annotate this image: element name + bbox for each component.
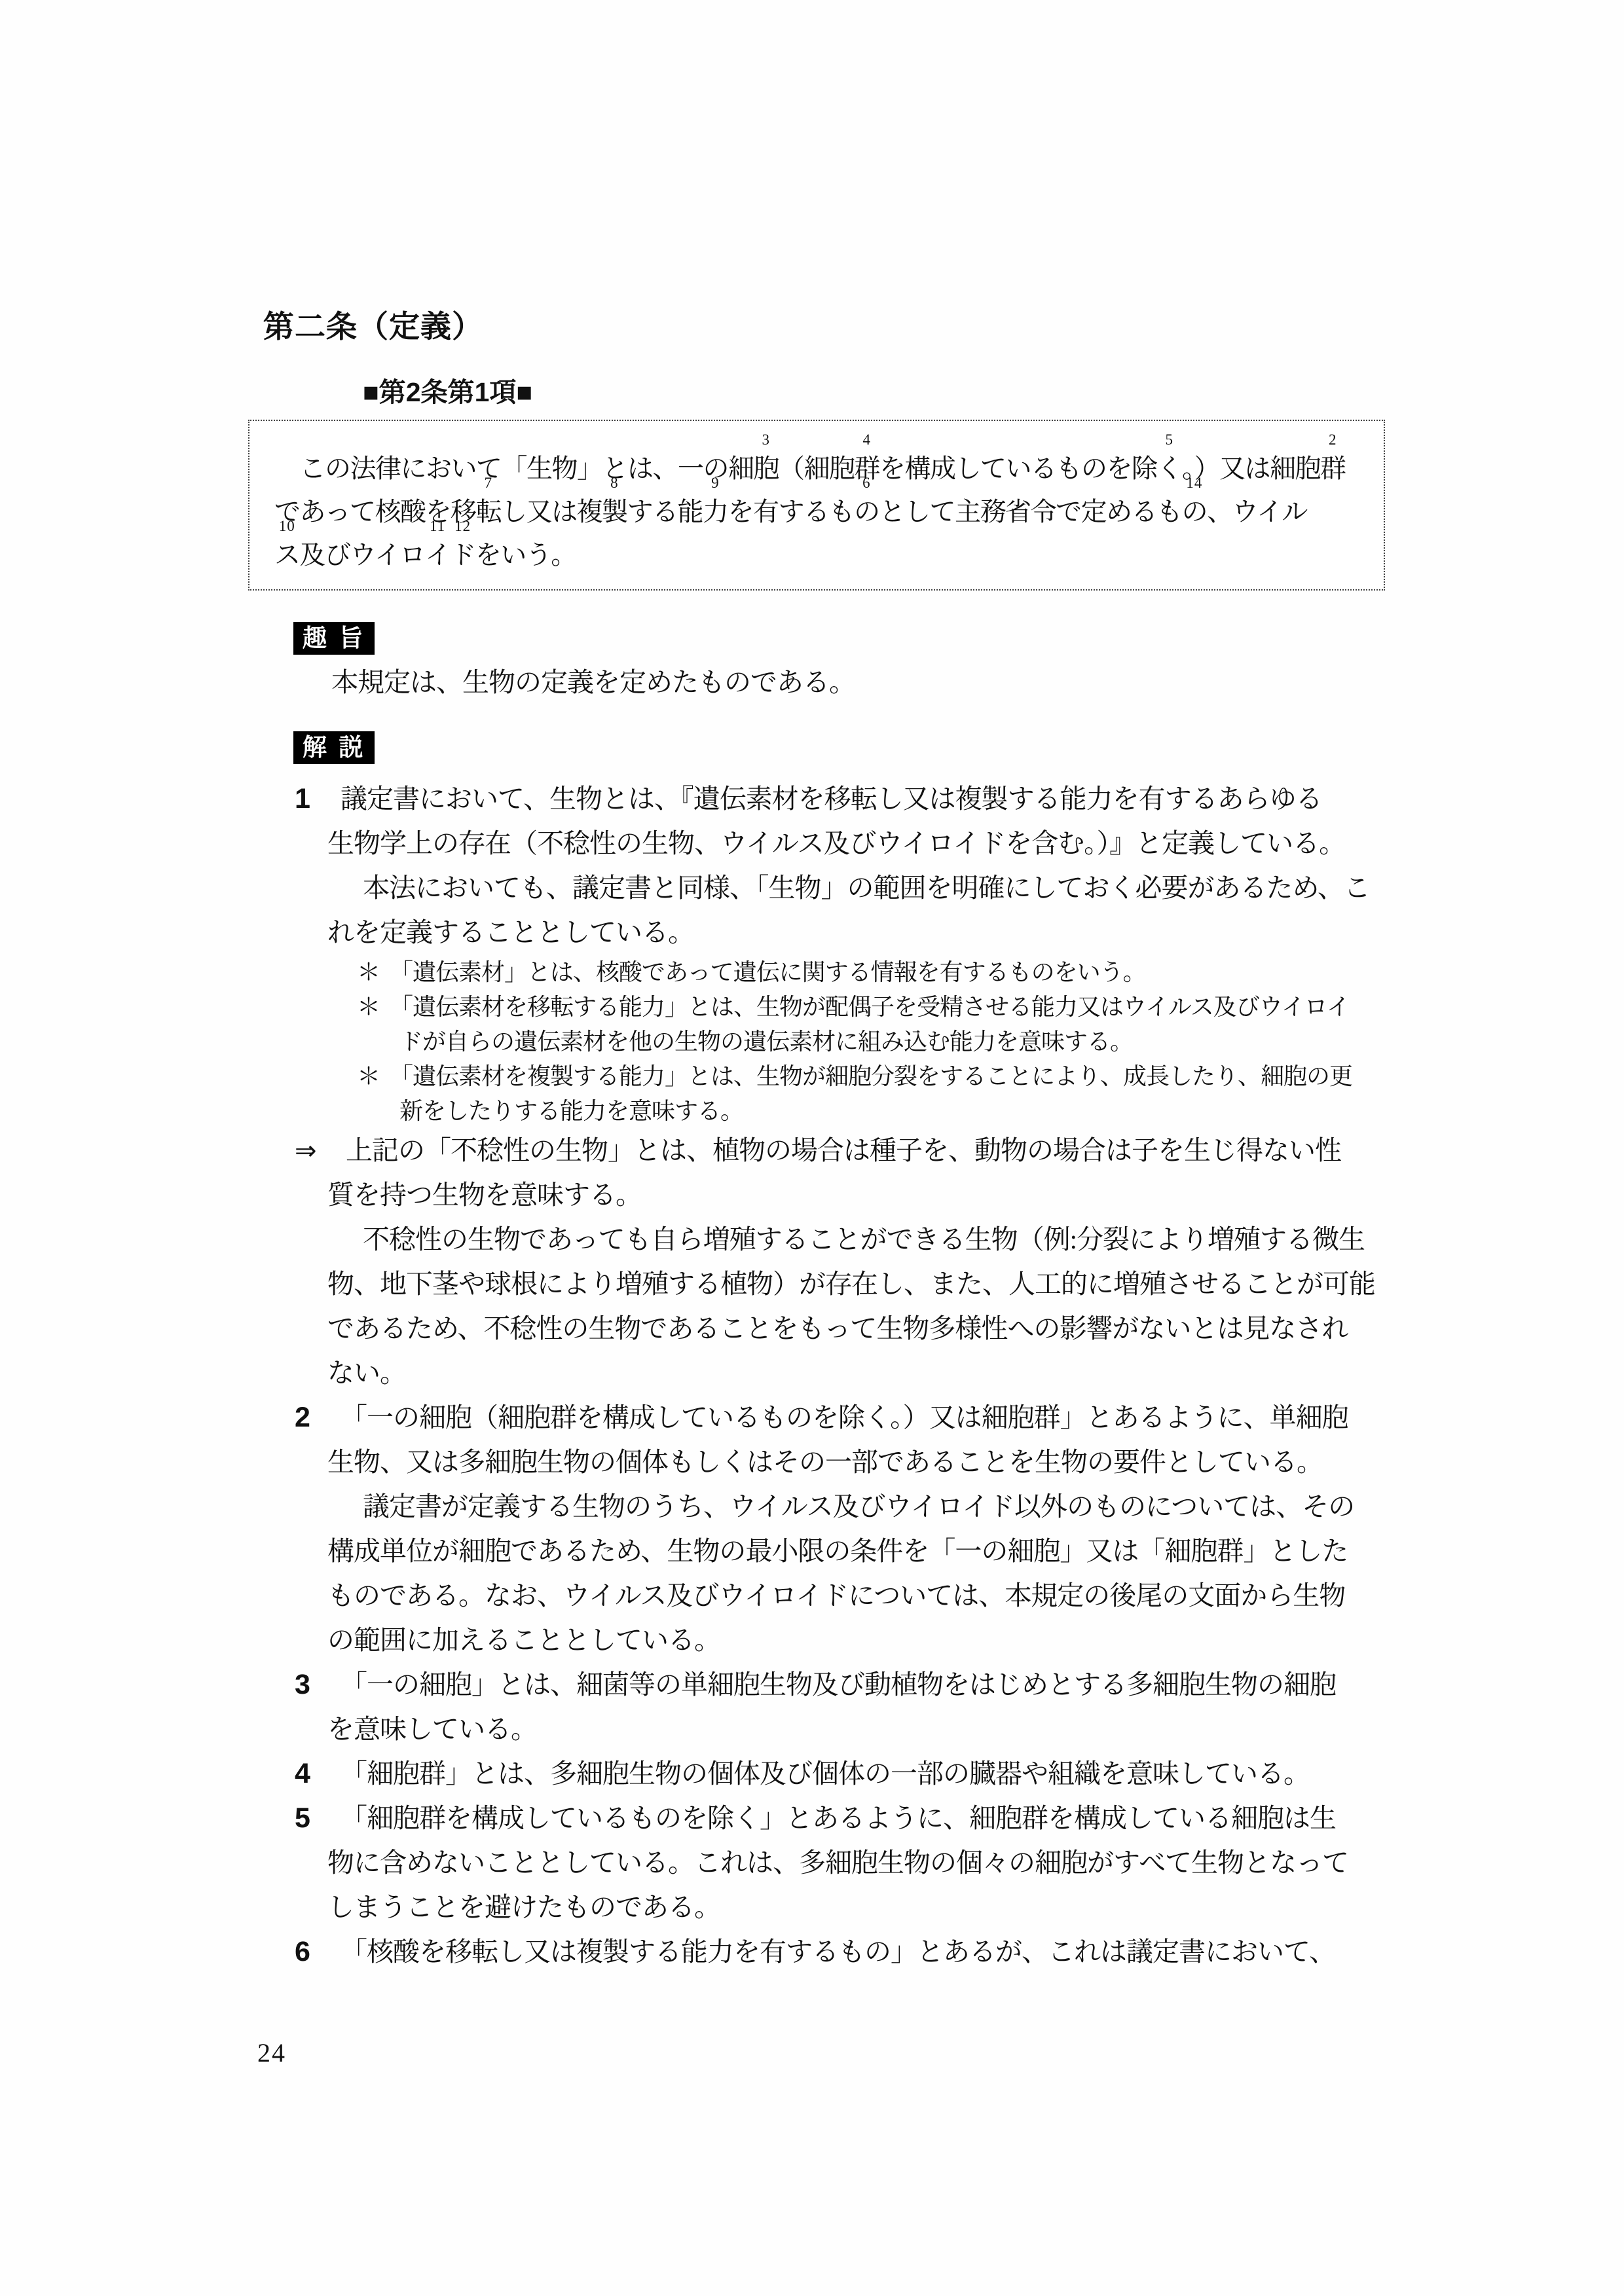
footnote-ref: 7: [485, 475, 493, 490]
kaisetsu-line: 物に含めないこととしている。これは、多細胞生物の個々の細胞がすべて生物となって: [295, 1840, 1395, 1885]
kaisetsu-line: 3「一の細胞」とは、細菌等の単細胞生物及び動植物をはじめとする多細胞生物の細胞: [295, 1662, 1395, 1707]
asterisk-symbol: ＊: [357, 955, 390, 989]
line-text: 構成単位が細胞であるため、生物の最小限の条件を「一の細胞」又は「細胞群」とした: [327, 1536, 1348, 1566]
kaisetsu-line: ＊「遺伝素材を複製する能力」とは、生物が細胞分裂をすることにより、成長したり、細…: [295, 1059, 1395, 1093]
item-number: 1: [295, 776, 341, 821]
kaisetsu-line: 不稔性の生物であっても自ら増殖することができる生物（例:分裂により増殖する微生: [295, 1217, 1395, 1262]
item-number: 4: [295, 1751, 341, 1796]
item-number: 3: [295, 1662, 341, 1707]
article-title: 第二条（定義）: [263, 309, 483, 344]
footnote-ref: 3: [762, 432, 771, 447]
label-kaisetsu: 解 説: [293, 731, 375, 764]
annotated-char: ド12: [450, 534, 475, 572]
kaisetsu-line: 質を持つ生物を意味する。: [295, 1173, 1395, 1217]
line-text: 本法においても、議定書と同様、「生物」の範囲を明確にしておく必要があるため、こ: [363, 873, 1370, 903]
annotated-char: の14: [1182, 491, 1208, 528]
footnote-ref: 12: [454, 519, 471, 534]
document-page: 第二条（定義） ■第2条第1項■ この法律において「生物」とは、一の細胞3（細胞…: [0, 0, 1624, 2296]
line-text: 物、地下茎や球根により増殖する植物）が存在し、また、人工的に増殖させることが可能: [327, 1269, 1375, 1299]
line-text: ドが自らの遺伝素材を他の生物の遺伝素材に組み込む能力を意味する。: [399, 1028, 1133, 1055]
page-number: 24: [257, 2037, 286, 2068]
line-text: 「細胞群を構成しているものを除く」とあるように、細胞群を構成している細胞は生: [341, 1803, 1336, 1833]
law-text-box: この法律において「生物」とは、一の細胞3（細胞群4を構成しているものを除く5。）…: [248, 420, 1385, 591]
section-marker: ■第2条第1項■: [363, 377, 532, 408]
line-text: 質を持つ生物を意味する。: [327, 1180, 642, 1210]
line-text: 物に含めないこととしている。これは、多細胞生物の個々の細胞がすべて生物となって: [327, 1848, 1348, 1878]
kaisetsu-line: ＊「遺伝素材」とは、核酸であって遺伝に関する情報を有するものをいう。: [295, 955, 1395, 989]
line-text: 生物学上の存在（不稔性の生物、ウイルス及びウイロイドを含む。）』と定義している。: [327, 828, 1345, 858]
shushi-text: 本規定は、生物の定義を定めたものである。: [295, 660, 1382, 704]
line-text: 議定書が定義する生物のうち、ウイルス及びウイロイド以外のものについては、その: [363, 1491, 1354, 1522]
kaisetsu-line: 5「細胞群を構成しているものを除く」とあるように、細胞群を構成している細胞は生: [295, 1796, 1395, 1840]
kaisetsu-line: 生物学上の存在（不稔性の生物、ウイルス及びウイロイドを含む。）』と定義している。: [295, 821, 1395, 866]
line-text: 「遺伝素材を移転する能力」とは、生物が配偶子を受精させる能力又はウイルス及びウイ…: [390, 993, 1350, 1020]
annotated-char: の6: [854, 491, 879, 528]
footnote-ref: 6: [862, 475, 871, 490]
kaisetsu-line: 本法においても、議定書と同様、「生物」の範囲を明確にしておく必要があるため、こ: [295, 866, 1395, 910]
shushi-body: 本規定は、生物の定義を定めたものである。: [295, 660, 1382, 704]
footnote-ref: 11: [430, 519, 445, 534]
line-text: 「一の細胞（細胞群を構成しているものを除く。）又は細胞群」とあるように、単細胞: [341, 1402, 1348, 1432]
arrow-symbol: ⇒: [295, 1129, 346, 1173]
item-number: 6: [295, 1929, 341, 1974]
kaisetsu-line: を意味している。: [295, 1707, 1395, 1751]
line-text: ものである。なお、ウイルス及びウイロイドについては、本規定の後尾の文面から生物: [327, 1580, 1345, 1611]
law-text-line: ス10及びウイロイ11ド12をいう。: [274, 534, 1367, 577]
kaisetsu-line: 6「核酸を移転し又は複製する能力を有するもの」とあるが、これは議定書において、: [295, 1929, 1395, 1974]
line-text: れを定義することとしている。: [327, 917, 694, 947]
kaisetsu-line: ＊「遺伝素材を移転する能力」とは、生物が配偶子を受精させる能力又はウイルス及びウ…: [295, 989, 1395, 1024]
annotated-char: く5: [1157, 448, 1183, 485]
annotated-char: 胞3: [754, 448, 779, 485]
annotated-char: 製8: [602, 491, 627, 528]
kaisetsu-line: しまうことを避けたものである。: [295, 1885, 1395, 1929]
kaisetsu-line: ドが自らの遺伝素材を他の生物の遺伝素材に組み込む能力を意味する。: [295, 1024, 1395, 1059]
footnote-ref: 2: [1329, 432, 1337, 447]
line-text: 議定書において、生物とは、『遺伝素材を移転し又は複製する能力を有するあらゆる: [341, 784, 1322, 814]
line-text: 「細胞群」とは、多細胞生物の個体及び個体の一部の臓器や組織を意味している。: [341, 1758, 1310, 1789]
kaisetsu-line: の範囲に加えることとしている。: [295, 1618, 1395, 1662]
kaisetsu-line: ものである。なお、ウイルス及びウイロイドについては、本規定の後尾の文面から生物: [295, 1573, 1395, 1618]
kaisetsu-line: ⇒上記の「不稔性の生物」とは、植物の場合は種子を、動物の場合は子を生じ得ない性: [295, 1128, 1395, 1173]
annotated-char: ス10: [274, 534, 300, 572]
line-text: 「核酸を移転し又は複製する能力を有するもの」とあるが、これは議定書において、: [341, 1937, 1335, 1967]
line-text: 不稔性の生物であっても自ら増殖することができる生物（例:分裂により増殖する微生: [363, 1224, 1365, 1254]
kaisetsu-line: 1議定書において、生物とは、『遺伝素材を移転し又は複製する能力を有するあらゆる: [295, 776, 1395, 821]
annotated-char: イ11: [425, 534, 451, 572]
annotated-char: 力9: [703, 491, 728, 528]
item-number: 5: [295, 1796, 341, 1840]
kaisetsu-line: 新をしたりする能力を意味する。: [295, 1093, 1395, 1128]
kaisetsu-line: ない。: [295, 1351, 1395, 1395]
kaisetsu-line: れを定義することとしている。: [295, 910, 1395, 955]
line-text: を意味している。: [327, 1714, 537, 1744]
label-shushi: 趣 旨: [293, 622, 375, 655]
line-text: 「遺伝素材を複製する能力」とは、生物が細胞分裂をすることにより、成長したり、細胞…: [390, 1063, 1352, 1089]
line-text: 生物、又は多細胞生物の個体もしくはその一部であることを生物の要件としている。: [327, 1447, 1323, 1477]
law-text-line: この法律において「生物」とは、一の細胞3（細胞群4を構成しているものを除く5。）…: [274, 447, 1367, 490]
kaisetsu-line: 物、地下茎や球根により増殖する植物）が存在し、また、人工的に増殖させることが可能: [295, 1262, 1395, 1306]
annotated-char: 群2: [1320, 448, 1346, 485]
footnote-ref: 8: [610, 475, 619, 490]
asterisk-symbol: ＊: [357, 989, 390, 1024]
annotated-char: 転7: [476, 491, 502, 528]
line-text: であるため、不稔性の生物であることをもって生物多様性への影響がないとは見なされ: [327, 1313, 1348, 1343]
footnote-ref: 14: [1186, 475, 1202, 490]
kaisetsu-line: 4「細胞群」とは、多細胞生物の個体及び個体の一部の臓器や組織を意味している。: [295, 1751, 1395, 1796]
kaisetsu-line: 構成単位が細胞であるため、生物の最小限の条件を「一の細胞」又は「細胞群」とした: [295, 1529, 1395, 1573]
line-text: の範囲に加えることとしている。: [327, 1625, 720, 1655]
asterisk-symbol: ＊: [357, 1059, 390, 1093]
kaisetsu-line: であるため、不稔性の生物であることをもって生物多様性への影響がないとは見なされ: [295, 1306, 1395, 1351]
kaisetsu-line: 生物、又は多細胞生物の個体もしくはその一部であることを生物の要件としている。: [295, 1440, 1395, 1484]
line-text: 新をしたりする能力を意味する。: [399, 1097, 743, 1124]
footnote-ref: 10: [279, 519, 295, 534]
line-text: ない。: [327, 1358, 406, 1388]
kaisetsu-line: 議定書が定義する生物のうち、ウイルス及びウイロイド以外のものについては、その: [295, 1484, 1395, 1529]
line-text: 上記の「不稔性の生物」とは、植物の場合は種子を、動物の場合は子を生じ得ない性: [346, 1135, 1341, 1165]
footnote-ref: 9: [711, 475, 720, 490]
line-text: 「遺伝素材」とは、核酸であって遺伝に関する情報を有するものをいう。: [390, 958, 1146, 985]
line-text: しまうことを避けたものである。: [327, 1892, 720, 1922]
item-number: 2: [295, 1395, 341, 1440]
footnote-ref: 4: [863, 432, 872, 447]
line-text: 「一の細胞」とは、細菌等の単細胞生物及び動植物をはじめとする多細胞生物の細胞: [341, 1669, 1336, 1700]
kaisetsu-line: 2「一の細胞（細胞群を構成しているものを除く。）又は細胞群」とあるように、単細胞: [295, 1395, 1395, 1440]
footnote-ref: 5: [1166, 432, 1174, 447]
kaisetsu-lines: 1議定書において、生物とは、『遺伝素材を移転し又は複製する能力を有するあらゆる生…: [295, 776, 1395, 1974]
